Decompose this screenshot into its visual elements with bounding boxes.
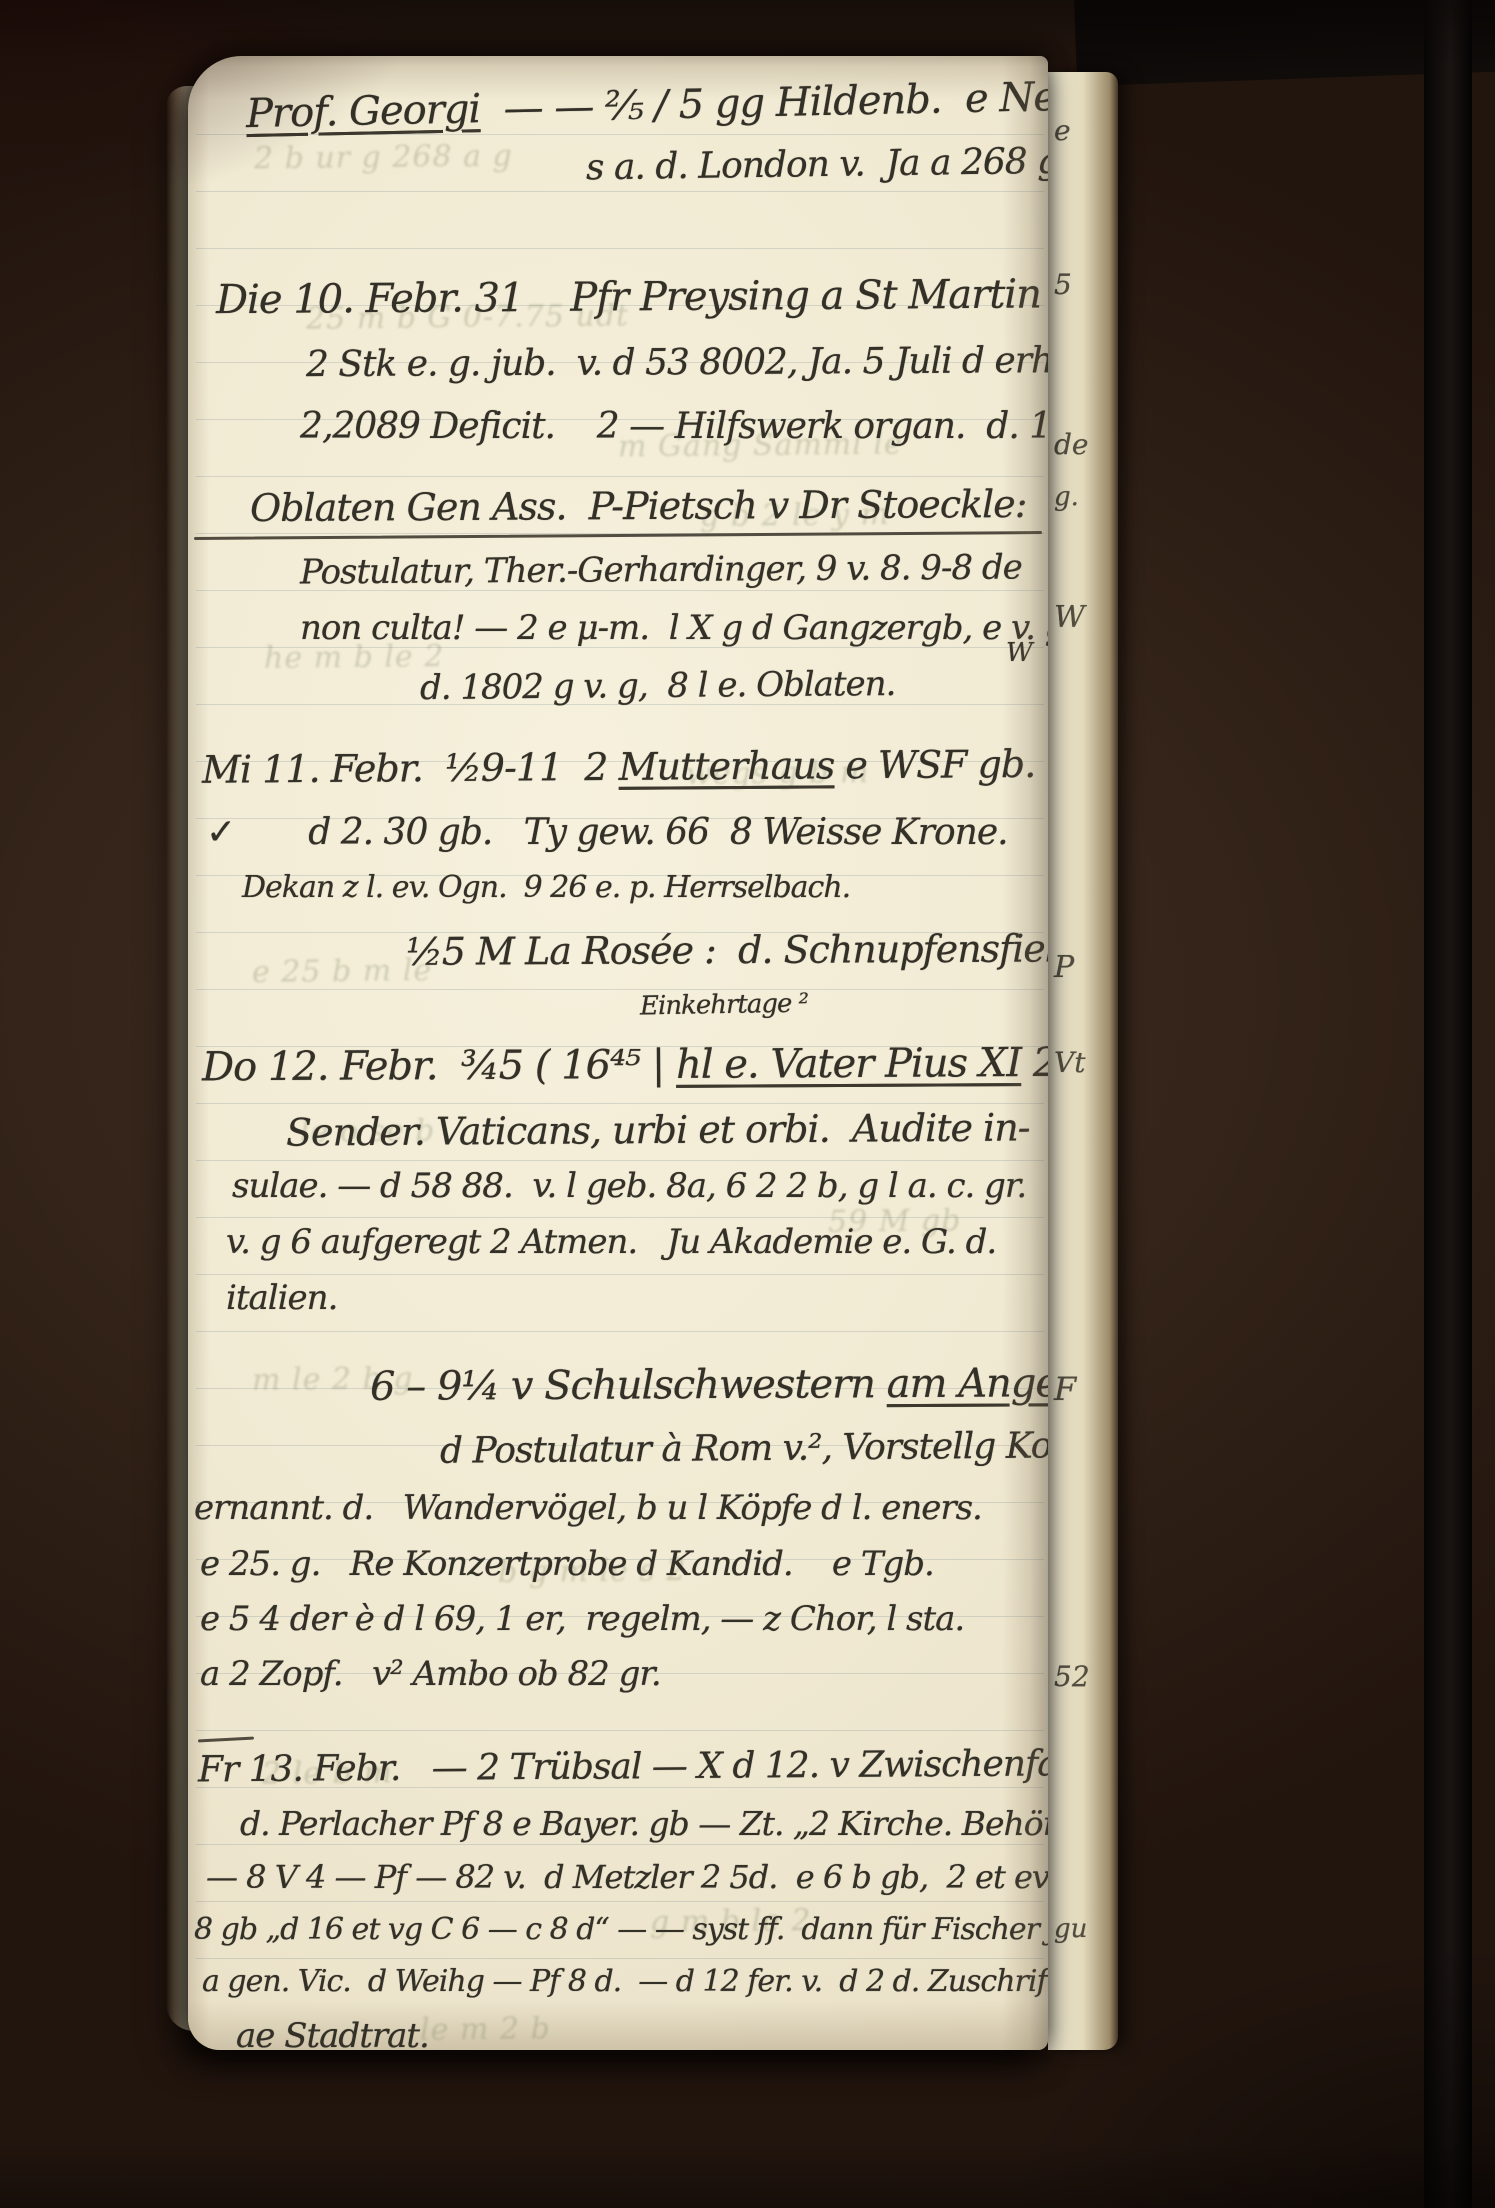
manuscript-line: 6 – 9¼ v Schulschwestern am Anger‚ — [370, 1360, 1048, 1410]
manuscript-line: ✓ d 2. 30 gb. Ty gew. 66 8 Weisse Krone. — [206, 812, 1008, 853]
manuscript-line: Dekan z l. ev. Ogn. 9 26 e. p. Herrselba… — [242, 870, 850, 905]
page-edge-fragment: P — [1054, 950, 1074, 985]
manuscript-line: d. Perlacher Pf 8 e Bayer. gb — Zt. „2 K… — [240, 1804, 1048, 1843]
page-edge-fragment: F — [1054, 1370, 1076, 1408]
bleedthrough-line: le m 2 b — [420, 2011, 551, 2047]
manuscript-line: italien. — [226, 1278, 337, 1318]
manuscript-line: Prof. Georgi — — ⅖ / 5 gg Hildenb. e Neb… — [246, 73, 1048, 137]
book-closure-strap — [1424, 0, 1472, 2208]
manuscript-line: s a. d. London v. Ja a 268 g. — [586, 141, 1048, 189]
manuscript-line: Oblaten Gen Ass. P-Pietsch v Dr Stoeckle… — [250, 482, 1027, 530]
adjacent-page-edge: e5deg.WPVtF52gu — [1048, 72, 1118, 2050]
pen-stroke — [198, 1737, 254, 1743]
manuscript-line: e 25. g. Re Konzertprobe d Kandid. e Tgb… — [200, 1544, 934, 1584]
page-edge-fragment: gu — [1054, 1914, 1087, 1944]
manuscript-line: 8 gb „d 16 et vg C 6 — c 8 d“ — — syst f… — [194, 1912, 1048, 1947]
manuscript-line: ae Stadtrat. — [236, 2016, 429, 2050]
page-edge-fragment: g. — [1054, 482, 1079, 512]
manuscript-line: Die 10. Febr. 31 Pfr Preysing a St Marti… — [216, 271, 1048, 323]
page-edge-fragment: W — [1054, 600, 1085, 635]
page-edge-fragment: e — [1054, 114, 1071, 147]
manuscript-line: ernannt. d. Wandervögel, b u l Köpfe d l… — [194, 1488, 982, 1528]
manuscript-line: e 5 4 der è d l 69, 1 er, regelm, — z Ch… — [200, 1599, 964, 1639]
manuscript-line: sulae. — d 58 88. v. l geb. 8a, 6 2 2 b,… — [232, 1166, 1026, 1206]
bleedthrough-line: 2 b ur g 268 a g — [254, 139, 513, 177]
manuscript-line: Mi 11. Febr. ½9-11 2 Mutterhaus e WSF gb… — [202, 740, 1048, 791]
page-edge-fragment: Vt — [1054, 1046, 1085, 1079]
manuscript-line: 2 Stk e. g. jub. v. d 53 8002, Ja. 5 Jul… — [306, 340, 1048, 385]
manuscript-line: W — [1006, 638, 1032, 668]
manuscript-line: d Postulatur à Rom v.², Vorstellg Kom — [440, 1425, 1048, 1472]
manuscript-line: a gen. Vic. d Weihg — Pf 8 d. — d 12 fer… — [202, 1964, 1048, 1999]
notebook-page: 2 b ur g 268 a g25 m b G 0-7.75 udtm Gan… — [188, 56, 1048, 2050]
manuscript-line: v. g 6 aufgeregt 2 Atmen. Ju Akademie e.… — [226, 1222, 996, 1262]
manuscript-line: non culta! — 2 e μ-m. l X g d Gangzergb,… — [300, 608, 1048, 648]
photo-of-diary-page: 2 b ur g 268 a g25 m b G 0-7.75 udtm Gan… — [0, 0, 1495, 2208]
manuscript-line: Postulatur, Ther.-Gerhardinger, 9 v. 8. … — [300, 547, 1022, 592]
page-edge-fragment: 52 — [1054, 1660, 1090, 1693]
manuscript-line: d. 1802 g v. g, 8 l e. Oblaten. — [420, 664, 896, 708]
manuscript-line: — 8 V 4 — Pf — 82 v. d Metzler 2 5d. e 6… — [206, 1858, 1048, 1896]
page-edge-fragment: de — [1054, 428, 1089, 461]
manuscript-line: 2‚2089 Deficit. 2 — Hilfswerk organ. d. … — [300, 406, 1048, 447]
manuscript-line: a 2 Zopf. v² Ambo ob 82 gr. — [200, 1654, 661, 1694]
manuscript-line: Do 12. Febr. ¾5 ( 16⁴⁵ | hl e. Vater Piu… — [202, 1040, 1048, 1091]
manuscript-line: Fr 13. Febr. — 2 Trübsal — X d 12. v Zwi… — [198, 1743, 1048, 1791]
manuscript-line: Sender. Vaticans, urbi et orbi. Audite i… — [286, 1105, 1030, 1154]
page-edge-fragment: 5 — [1054, 268, 1072, 301]
manuscript-line: Einkehrtage ² — [640, 989, 809, 1022]
manuscript-line: ½5 M La Rosée : d. Schnupfensfieber. — [406, 926, 1048, 974]
